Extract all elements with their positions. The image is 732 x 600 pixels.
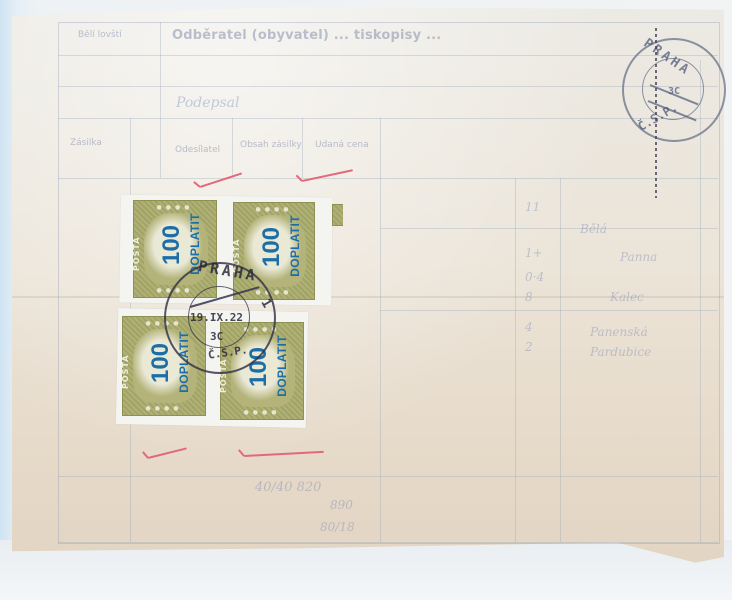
stamp-overprint-value: 100: [147, 343, 175, 383]
stamp-label: POŠTA: [121, 355, 130, 389]
form-grid-line: [58, 55, 718, 56]
form-grid-line: [58, 118, 718, 119]
handwritten-value: 11: [525, 200, 540, 214]
handwritten-value: 1+: [525, 246, 543, 260]
form-grid-line: [58, 476, 718, 477]
handwritten-value: 8: [525, 290, 533, 304]
form-grid-line: [232, 118, 233, 178]
stamp-border-dots: ●●●●: [239, 409, 285, 416]
form-title: Odběratel (obyvatel) ... tiskopisy ...: [172, 28, 441, 43]
form-cell-label: Obsah zásilky: [240, 140, 302, 150]
handwritten-amount: 80/18: [320, 520, 355, 534]
postmark-time: 3C: [210, 330, 223, 343]
form-grid-line: [380, 118, 381, 542]
handwritten-amount: 890: [330, 498, 353, 512]
stamp-overprint-text: DOPLATIT: [288, 215, 302, 277]
form-grid-line: [515, 178, 516, 542]
stamp-overprint-value: 100: [258, 227, 286, 267]
handwritten-amount: 40/40 820: [255, 480, 321, 495]
form-cell-label: Zásilka: [70, 138, 102, 148]
stamp-overprint-text: DOPLATIT: [275, 335, 289, 397]
handwritten-name: Pardubice: [590, 345, 651, 359]
form-grid-line: [160, 22, 161, 178]
stamp-border-dots: ●●●●: [152, 204, 198, 211]
dashed-ink-line: [655, 28, 657, 198]
form-grid-line: [380, 310, 718, 311]
stamp-overprint-value: 100: [158, 225, 186, 265]
form-grid-line: [58, 542, 718, 543]
stamp-border-dots: ●●●●: [252, 206, 296, 213]
handwritten-name: Panenská: [590, 325, 648, 339]
form-grid-line: [58, 178, 718, 179]
stamp-fragment: [332, 204, 343, 226]
postmark-date: 19.IX.22: [190, 311, 243, 324]
handwritten-value: 2: [525, 340, 533, 354]
handwritten-signature: Podepsal: [176, 95, 240, 111]
handwritten-name: Panna: [620, 250, 657, 264]
handwritten-value: 0·4: [525, 270, 544, 284]
form-grid-line: [560, 178, 561, 542]
handwritten-name: Kalec: [610, 290, 644, 304]
form-header-left: Bělí lovští: [78, 30, 122, 40]
stamp-label: POŠTA: [132, 237, 141, 271]
form-grid-line: [380, 228, 718, 229]
handwritten-name: Bělá: [580, 222, 607, 236]
handwritten-value: 4: [525, 320, 533, 334]
form-cell-label: Odesílatel: [175, 145, 220, 155]
stamp-border-dots: ●●●●: [141, 405, 187, 412]
form-grid-line: [302, 118, 303, 178]
form-grid-line: [58, 86, 718, 87]
form-cell-label: Udaná cena: [315, 140, 369, 150]
